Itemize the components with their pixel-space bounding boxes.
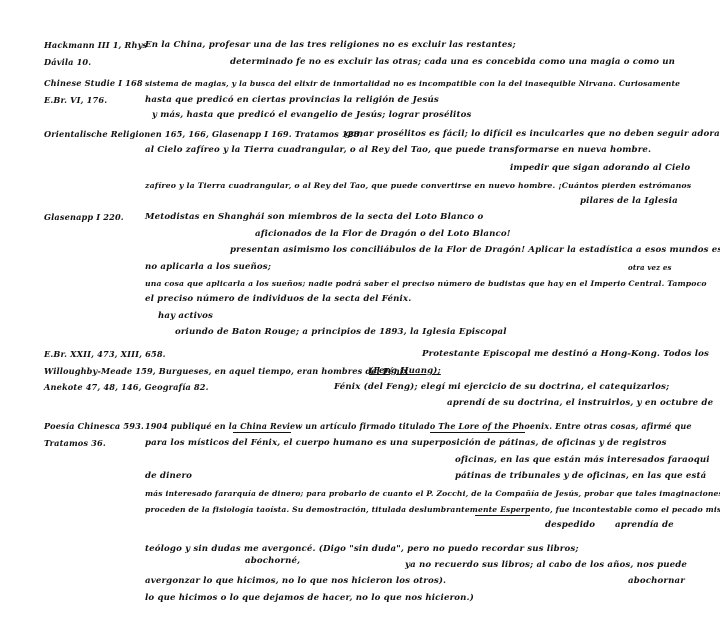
manuscript-line: despedido (545, 520, 595, 531)
manuscript-line: pátinas de tribunales y de oficinas, en … (455, 471, 706, 482)
manuscript-line: otra vez es (628, 262, 672, 273)
manuscript-line: 1904 publiqué en la China Review un artí… (145, 421, 692, 432)
manuscript-line: lo que hicimos o lo que dejamos de hacer… (145, 593, 474, 604)
margin-reference: Hackmann III 1, Rhys (44, 40, 147, 51)
margin-reference: E.Br. XXII, 473, XIII, 658. (44, 349, 166, 360)
manuscript-line: aprendí de su doctrina, el instruirlos, … (447, 398, 713, 409)
manuscript-line: para los místicos del Fénix, el cuerpo h… (145, 438, 667, 449)
manuscript-line: Fénix (del Feng); elegí mi ejercicio de … (334, 382, 669, 393)
underline-esperpento (475, 515, 530, 516)
manuscript-line: oriundo de Baton Rouge; a principios de … (175, 327, 507, 338)
manuscript-line: una cosa que aplicarla a los sueños; nad… (145, 278, 707, 289)
manuscript-line: ya no recuerdo sus libros; al cabo de lo… (405, 560, 687, 571)
margin-reference: E.Br. VI, 176. (44, 95, 107, 106)
manuscript-page: Hackmann III 1, Rhys Dávila 10. Chinese … (0, 0, 720, 631)
manuscript-line: proceden de la fisiología taoísta. Su de… (145, 504, 720, 515)
manuscript-line: pilares de la Iglesia (580, 196, 678, 207)
manuscript-line: avergonzar lo que hicimos, no lo que nos… (145, 576, 446, 587)
manuscript-line: no aplicarla a los sueños; (145, 262, 271, 273)
margin-reference: Orientalische Religionen 165, 166, Glase… (44, 129, 362, 140)
manuscript-line: al Cielo zafíreo y la Tierra cuadrangula… (145, 145, 651, 156)
manuscript-line: y más, hasta que predicó el evangelio de… (152, 110, 471, 121)
manuscript-line: sistema de magias, y la busca del elixir… (145, 78, 680, 89)
manuscript-line: abochorné, (245, 556, 300, 567)
manuscript-line: más interesado fararquía de dinero; para… (145, 488, 720, 499)
margin-reference: Dávila 10. (44, 57, 91, 68)
manuscript-line: Protestante Episcopal me destinó a Hong-… (422, 349, 709, 360)
manuscript-line: zafíreo y la Tierra cuadrangular, o al R… (145, 180, 691, 191)
manuscript-line: el preciso número de individuos de la se… (145, 294, 411, 305)
manuscript-line: Metodistas en Shanghái son miembros de l… (145, 212, 483, 223)
manuscript-line: abochornar (628, 576, 685, 587)
margin-reference: Poesía Chinesca 593. (44, 421, 144, 432)
manuscript-line: ganar prosélitos es fácil; lo difícil es… (345, 129, 720, 140)
manuscript-line: presentan asimismo los conciliábulos de … (230, 245, 720, 256)
manuscript-line: de dinero (145, 471, 192, 482)
manuscript-line: teólogo y sin dudas me avergoncé. (Digo … (145, 544, 579, 555)
manuscript-line: aficionados de la Flor de Dragón o del L… (255, 229, 511, 240)
margin-reference: Anekote 47, 48, 146, Geografía 82. (44, 382, 209, 393)
underline-china-review (233, 432, 291, 433)
manuscript-line: aprendía de (615, 520, 674, 531)
underline-lore-of-phoenix (430, 432, 525, 433)
manuscript-line: oficinas, en las que están más interesad… (455, 455, 710, 466)
margin-reference: Willoughby-Meade 159, Burgueses, en aque… (44, 366, 408, 377)
manuscript-line: hay activos (158, 311, 213, 322)
manuscript-line: hasta que predicó en ciertas provincias … (145, 95, 439, 106)
margin-reference: Glasenapp I 220. (44, 212, 124, 223)
manuscript-line: En la China, profesar una de las tres re… (145, 40, 516, 51)
manuscript-line: (Feng Huang); (369, 366, 441, 377)
manuscript-line: impedir que sigan adorando al Cielo (510, 163, 690, 174)
margin-reference: Chinese Studie I 168 (44, 78, 143, 89)
manuscript-line: determinado fe no es excluir las otras; … (230, 57, 675, 68)
margin-reference: Tratamos 36. (44, 438, 106, 449)
